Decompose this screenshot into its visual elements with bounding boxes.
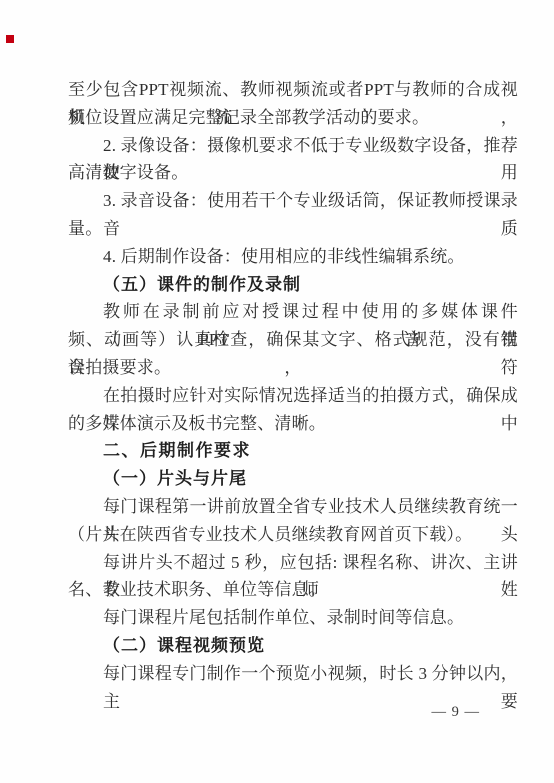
subsection-heading: （五）课件的制作及录制 bbox=[68, 271, 518, 299]
document-body: 至少包含PPT视频流、教师视频流或者PPT与教师的合成视频流）， 机位设置应满足… bbox=[68, 76, 518, 688]
body-line: 在拍摄时应针对实际情况选择适当的拍摄方式，确保成片中 bbox=[68, 382, 518, 410]
body-line: 每门课程片尾包括制作单位、录制时间等信息。 bbox=[68, 604, 518, 632]
subsection-heading: （一）片头与片尾 bbox=[68, 465, 518, 493]
body-line: 4. 后期制作设备：使用相应的非线性编辑系统。 bbox=[68, 243, 518, 271]
body-line: 3. 录音设备：使用若干个专业级话筒，保证教师授课录音质 bbox=[68, 187, 518, 215]
body-line: 教师在录制前应对授课过程中使用的多媒体课件（PPT、音视 bbox=[68, 298, 518, 326]
body-line: 每门课程专门制作一个预览小视频，时长 3 分钟以内，主要 bbox=[68, 660, 518, 688]
body-line: （片头在陕西省专业技术人员继续教育网首页下载）。 bbox=[68, 521, 518, 549]
subsection-heading: （二）课程视频预览 bbox=[68, 632, 518, 660]
red-seal-fragment bbox=[6, 35, 14, 43]
body-line: 每讲片头不超过 5 秒，应包括: 课程名称、讲次、主讲教师姓 bbox=[68, 549, 518, 577]
body-line: 至少包含PPT视频流、教师视频流或者PPT与教师的合成视频流）， bbox=[68, 76, 518, 104]
body-line: 每门课程第一讲前放置全省专业技术人员继续教育统一片头 bbox=[68, 493, 518, 521]
page-number: — 9 — bbox=[432, 702, 481, 722]
scanned-document-page: 至少包含PPT视频流、教师视频流或者PPT与教师的合成视频流）， 机位设置应满足… bbox=[0, 0, 554, 783]
section-heading: 二、后期制作要求 bbox=[68, 437, 518, 465]
body-line: 频、动画等）认真检查，确保其文字、格式规范，没有错误，符 bbox=[68, 326, 518, 354]
body-line: 2. 录像设备：摄像机要求不低于专业级数字设备，推荐使用 bbox=[68, 132, 518, 160]
